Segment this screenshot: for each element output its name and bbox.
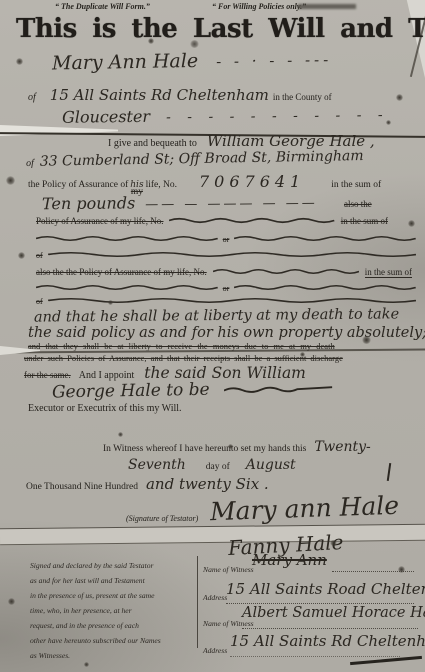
policy-label-1: the Policy of Assurance of [28, 180, 128, 190]
cancellation-wavy-line [169, 217, 334, 224]
of-struck-2: of [36, 297, 43, 306]
stain [228, 444, 233, 449]
beneficiary-address: 33 Cumberland St; Off Broad St, Birmingh… [40, 148, 364, 170]
witness1-address-dotted-line [226, 602, 414, 604]
witness2-address-label: Address [203, 643, 227, 658]
stain [190, 40, 199, 48]
struck-clause-2: under such Policies of Assurance, and th… [24, 353, 343, 363]
bequeath-row: I give and bequeath to William George Ha… [108, 132, 375, 150]
testator-name-row: Mary Ann Hale - - · - - --- [52, 48, 333, 75]
month-name: August [246, 457, 296, 473]
cancelled-line-1: Policy of Assurance of my life, No. in t… [36, 216, 388, 226]
cancelled-line-2: also the the Policy of Assurance of my l… [36, 267, 412, 278]
testator-address-row: of 15 All Saints Rd Cheltenham in the Co… [28, 86, 332, 104]
stain [8, 598, 15, 605]
struck-for-the-same: for the same. [24, 370, 71, 380]
testator-name: Mary Ann Hale [52, 50, 198, 75]
witness1-name-struck: Mary Ann [252, 551, 327, 569]
year-handwritten: and twenty Six . [146, 475, 269, 493]
county-name: Gloucester [62, 107, 150, 127]
witness1-address: 15 All Saints Road Cheltenham [226, 580, 425, 598]
header-quote-right: “ For Willing Policies only.” [212, 2, 306, 11]
day-of-label: day of [206, 462, 230, 472]
cancelled-or-row-1: or [36, 235, 416, 244]
policy-label-2: life, No. [146, 180, 177, 190]
cancellation-wavy-line [36, 235, 218, 242]
attestation-clause: Signed and declared by the said Testator… [30, 558, 198, 663]
signature-of-testator-label: (Signature of Testator) [126, 514, 198, 523]
appointee-row-2: George Hale to be [52, 378, 334, 403]
cancelled-of-row-2: of [36, 297, 416, 306]
stain [16, 58, 23, 65]
witness1-address-label: Address [203, 590, 227, 605]
stain [300, 352, 305, 357]
testator-name-dashes: - - · - - --- [216, 51, 332, 71]
stain [330, 540, 337, 546]
cancelled-policy-2: also the the Policy of Assurance of my l… [36, 267, 207, 277]
sum-value: Ten pounds [42, 193, 135, 213]
beneficiary-address-row: of 33 Cumberland St; Off Broad St, Birmi… [26, 148, 364, 170]
attestation-line: in the presence of us, present at the sa… [30, 588, 198, 603]
day-word-1: Twenty- [314, 439, 370, 455]
attestation-line: request, and in the presence of each [30, 618, 198, 633]
witness2-name-dotted-line [242, 627, 418, 629]
attestation-line: as and for her last will and Testament [30, 573, 198, 588]
cancellation-wavy-line [48, 297, 416, 304]
header-quote-left: “ The Duplicate Will Form.” [55, 2, 150, 11]
liberty-clause-line-1: and that he shall be at liberty at my de… [34, 306, 399, 325]
stain [396, 94, 403, 101]
hand-flourish-line [224, 385, 334, 395]
attestation-line: as Witnesses. [30, 648, 198, 663]
testator-address: 15 All Saints Rd Cheltenham [50, 86, 269, 104]
witness1-name-label: Name of Witness [203, 562, 254, 577]
cancellation-wavy-line [234, 235, 416, 242]
cancellation-wavy-line [36, 284, 218, 291]
small-print-smudge [298, 4, 356, 9]
stain [148, 38, 154, 44]
attestation-divider [197, 556, 198, 648]
stain [386, 120, 391, 125]
appointee-line-2: George Hale to be [52, 380, 210, 403]
also-the-struck: also the [344, 199, 372, 209]
cancelled-policy-1: Policy of Assurance of my life, No. [36, 216, 163, 226]
sum-row: Ten pounds —— — ——— — —— [42, 192, 318, 213]
cancelled-sum-2: in the sum of [365, 267, 412, 278]
executor-label: Executor or Executrix of this my Will. [28, 403, 182, 414]
of-label: of [28, 92, 36, 103]
bottom-pen-stroke [350, 656, 422, 665]
cancellation-wavy-line [213, 268, 359, 275]
or-struck-1: or [223, 235, 230, 244]
cancelled-or-row-2: or [36, 284, 416, 293]
county-label: in the County of [273, 92, 332, 102]
cancellation-wavy-line [234, 284, 416, 291]
attestation-line: Signed and declared by the said Testator [30, 558, 198, 573]
will-document-page: “ The Duplicate Will Form.” “ For Willin… [0, 0, 425, 672]
witness2-address: 15 All Saints Rd Cheltenham. [230, 632, 425, 650]
pen-mark [387, 463, 391, 481]
of-label-2: of [26, 158, 34, 169]
county-row: Gloucester - - - - - - - - - - - [62, 104, 389, 126]
stain [6, 176, 15, 185]
stain [108, 300, 113, 305]
stain [408, 220, 415, 227]
attestation-line: other have hereunto subscribed our Names [30, 633, 198, 648]
stain [118, 432, 123, 437]
or-struck-2: or [223, 284, 230, 293]
page-title: This is the Last Will and Testament [16, 14, 425, 44]
cancellation-wavy-line [48, 251, 416, 258]
fold-band [0, 524, 425, 545]
attestation-line: time, who, in her presence, at her [30, 603, 198, 618]
policy-number: 7067641 [199, 172, 305, 191]
cancelled-sum-1: in the sum of [341, 216, 388, 226]
sum-label: in the sum of [331, 180, 381, 190]
year-printed: One Thousand Nine Hundred [26, 482, 138, 492]
testator-signature: Mary ann Hale [210, 491, 400, 527]
stain [362, 336, 371, 344]
year-row: One Thousand Nine Hundred and twenty Six… [26, 475, 269, 493]
stain [84, 662, 89, 667]
appoint-label: And I appoint [79, 370, 135, 381]
stain [18, 252, 25, 259]
cancelled-of-row-1: of [36, 251, 416, 260]
in-witness-row: In Witness whereof I have hereunto set m… [103, 439, 371, 455]
of-struck-1: of [36, 251, 43, 260]
in-witness-label: In Witness whereof I have hereunto set m… [103, 444, 306, 454]
stain [398, 566, 405, 573]
title-row: This is the Last Will and Testament of m… [16, 14, 425, 44]
day-word-2: Seventh [128, 457, 186, 473]
witness2-name: Albert Samuel Horace Hale. [242, 605, 425, 621]
sum-dashes: —— — ——— — —— [145, 196, 318, 213]
county-dashes: - - - - - - - - - - - [166, 107, 389, 125]
witness2-address-dotted-line [230, 655, 400, 657]
date-row: Seventh day of August [128, 457, 296, 473]
give-bequeath-label: I give and bequeath to [108, 138, 197, 149]
